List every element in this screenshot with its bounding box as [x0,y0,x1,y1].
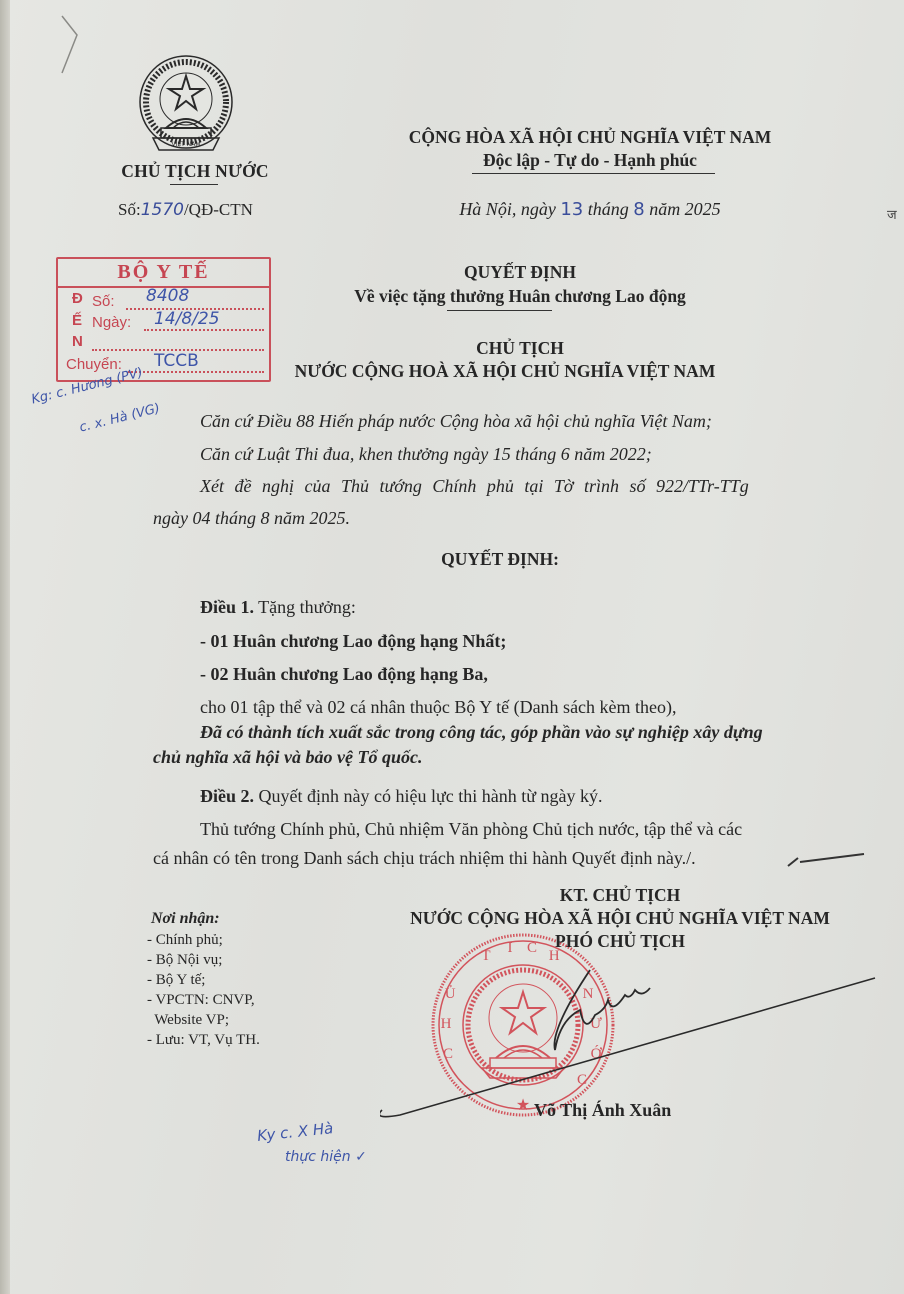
doc-number-label: Số: [118,200,141,219]
document-number: Số:1570/QĐ-CTN [118,200,253,220]
authority-country: NƯỚC CỘNG HOÀ XÃ HỘI CHỦ NGHĨA VIỆT NAM [245,361,765,382]
recipient-item: Website VP; [147,1012,229,1029]
award-item: - 02 Huân chương Lao động hạng Ba, [200,664,488,685]
signature-position: PHÓ CHỦ TỊCH [360,931,880,952]
stamp-letter: Ế [72,312,82,329]
doc-number-value: 1570 [141,200,184,220]
stamp-letter: N [72,333,83,350]
recipient-item: - Lưu: VT, Vụ TH. [147,1032,260,1049]
signer-name: Võ Thị Ánh Xuân [534,1100,671,1121]
issuing-authority: CHỦ TỊCH NƯỚC [110,161,280,182]
divider [472,173,715,174]
legal-basis-line: ngày 04 tháng 8 năm 2025. [153,508,350,529]
document-title: QUYẾT ĐỊNH [260,262,780,283]
legal-basis-line: Căn cứ Điều 88 Hiến pháp nước Cộng hòa x… [200,411,712,432]
article-2: Điều 2. Quyết định này có hiệu lực thi h… [200,786,602,807]
national-emblem-icon: VIỆT NAM [133,54,239,160]
bottom-note-line: thực hiện ✓ [285,1149,367,1165]
article-label: Điều 2. [200,786,254,806]
bottom-note-line: Ky c. X Hà [256,1119,334,1145]
recipient-item: - Chính phủ; [147,932,223,949]
nation-name: CỘNG HÒA XÃ HỘI CHỦ NGHĨA VIỆT NAM [360,127,820,148]
execution-line: cá nhân có tên trong Danh sách chịu trác… [153,848,696,869]
execution-line: Thủ tướng Chính phủ, Chủ nhiệm Văn phòng… [200,819,742,840]
signature-title: KT. CHỦ TỊCH [360,885,880,906]
recipient-item: - Bộ Nội vụ; [147,952,222,969]
handwritten-margin-note: Kg: c. Hương (PV) c. x. Hà (VG) [30,385,205,440]
article-label: Điều 1. [200,597,254,617]
article-1: Điều 1. Tặng thưởng: [200,597,356,618]
stamp-ngay-label: Ngày: [92,314,131,331]
stamp-chuyen-value: TCCB [154,351,199,371]
award-item: - 01 Huân chương Lao động hạng Nhất; [200,631,506,652]
stamp-letter: Đ [72,290,83,307]
recipients-heading: Nơi nhận: [151,910,220,928]
stamp-so-label: Số: [92,293,115,310]
stamp-title: BỘ Y TẾ [58,261,269,284]
article-text: Tặng thưởng: [254,597,356,617]
date-month: 8 [633,199,644,220]
achievement-line: Đã có thành tích xuất sắc trong công tác… [200,722,763,743]
decision-heading: QUYẾT ĐỊNH: [380,549,620,570]
national-motto: Độc lập - Tự do - Hạnh phúc [360,150,820,171]
received-stamp: BỘ Y TẾ Đ Ế N Số: 8408 Ngày: 14/8/25 Chu… [56,257,271,382]
divider [447,310,552,311]
signature-country: NƯỚC CỘNG HÒA XÃ HỘI CHỦ NGHĨA VIỆT NAM [360,908,880,929]
authority-title: CHỦ TỊCH [260,338,780,359]
achievement-line: chủ nghĩa xã hội và bảo vệ Tổ quốc. [153,747,423,768]
stamp-chuyen-label: Chuyển: [66,356,122,373]
place-date: Hà Nội, ngày 13 tháng 8 năm 2025 [360,199,820,220]
date-year: năm 2025 [649,199,721,219]
award-recipients: cho 01 tập thể và 02 cá nhân thuộc Bộ Y … [200,697,677,718]
edge-mark: ज [887,205,897,223]
article-text: Quyết định này có hiệu lực thi hành từ n… [254,786,602,806]
date-month-label: tháng [588,199,629,219]
svg-text:VIỆT NAM: VIỆT NAM [171,140,200,148]
paper-edge [0,0,10,1294]
stamp-so-value: 8408 [146,286,189,306]
recipient-item: - Bộ Y tế; [147,972,205,989]
legal-basis-line: Căn cứ Luật Thi đua, khen thưởng ngày 15… [200,444,652,465]
stamp-ngay-value: 14/8/25 [154,309,220,329]
recipient-item: - VPCTN: CNVP, [147,992,255,1009]
handwritten-bottom-note: Ky c. X Hà thực hiện ✓ [255,1115,415,1180]
date-day: 13 [560,199,583,220]
fold-mark-icon [60,15,80,75]
margin-note-line: c. x. Hà (VG) [78,401,162,435]
doc-number-suffix: /QĐ-CTN [184,200,253,219]
end-stroke-icon [786,850,866,870]
document-subtitle: Về việc tặng thưởng Huân chương Lao động [260,286,780,307]
date-prefix: Hà Nội, ngày [459,199,556,219]
divider [170,184,218,185]
legal-basis-line: Xét đề nghị của Thủ tướng Chính phủ tại … [200,476,749,497]
